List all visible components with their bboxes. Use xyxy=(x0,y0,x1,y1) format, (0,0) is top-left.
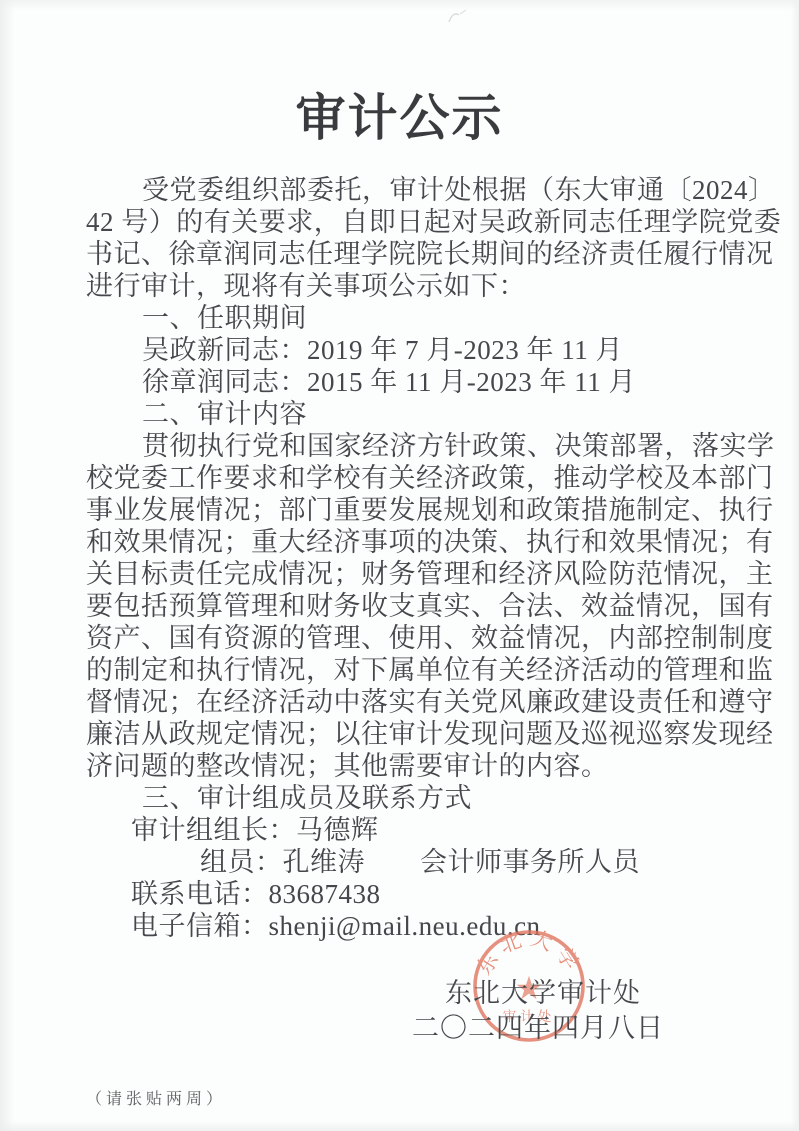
notice-line: 徐章润同志：2015 年 11 月-2023 年 11 月 xyxy=(86,366,746,398)
notice-line: 校党委工作要求和学校有关经济政策，推动学校及本部门 xyxy=(86,462,746,494)
notice-body: 受党委组织部委托，审计处根据（东大审通〔2024〕 42 号）的有关要求，自即日… xyxy=(86,174,746,942)
signature-org: 东北大学审计处 xyxy=(445,971,641,1010)
scan-artifact xyxy=(446,7,470,27)
notice-line: 贯彻执行党和国家经济方针政策、决策部署，落实学 xyxy=(86,430,746,462)
notice-line: 关目标责任完成情况；财务管理和经济风险防范情况，主 xyxy=(86,558,746,590)
notice-line: 吴政新同志：2019 年 7 月-2023 年 11 月 xyxy=(86,334,746,366)
scanned-page: 审计公示 受党委组织部委托，审计处根据（东大审通〔2024〕 42 号）的有关要… xyxy=(0,0,799,1131)
contact-email-line: 电子信箱：shenji@mail.neu.edu.cn xyxy=(86,910,746,942)
signature-date: 二〇二四年四月八日 xyxy=(412,1006,664,1045)
audit-group-leader-line: 审计组组长：马德辉 xyxy=(86,814,746,846)
notice-section-heading: 一、任职期间 xyxy=(86,302,746,334)
notice-line: 42 号）的有关要求，自即日起对吴政新同志任理学院党委 xyxy=(86,206,746,238)
notice-line: 受党委组织部委托，审计处根据（东大审通〔2024〕 xyxy=(86,174,746,206)
notice-line: 济问题的整改情况；其他需要审计的内容。 xyxy=(86,750,746,782)
notice-line: 书记、徐章润同志任理学院院长期间的经济责任履行情况 xyxy=(86,238,746,270)
notice-line: 进行审计，现将有关事项公示如下： xyxy=(86,270,746,302)
posting-note: （请张贴两周） xyxy=(86,1086,226,1109)
notice-section-heading: 二、审计内容 xyxy=(86,398,746,430)
notice-line: 资产、国有资源的管理、使用、效益情况，内部控制制度 xyxy=(86,622,746,654)
notice-section-heading: 三、审计组成员及联系方式 xyxy=(86,782,746,814)
notice-line: 廉洁从政规定情况；以往审计发现问题及巡视巡察发现经 xyxy=(86,718,746,750)
notice-line: 事业发展情况；部门重要发展规划和政策措施制定、执行 xyxy=(86,494,746,526)
page-title: 审计公示 xyxy=(0,78,799,150)
notice-line: 和效果情况；重大经济事项的决策、执行和效果情况；有 xyxy=(86,526,746,558)
notice-line: 的制定和执行情况，对下属单位有关经济活动的管理和监 xyxy=(86,654,746,686)
contact-phone-line: 联系电话：83687438 xyxy=(86,878,746,910)
notice-line: 督情况；在经济活动中落实有关党风廉政建设责任和遵守 xyxy=(86,686,746,718)
notice-line: 要包括预算管理和财务收支真实、合法、效益情况，国有 xyxy=(86,590,746,622)
group-members-line: 组员：孔维涛 会计师事务所人员 xyxy=(86,846,746,878)
